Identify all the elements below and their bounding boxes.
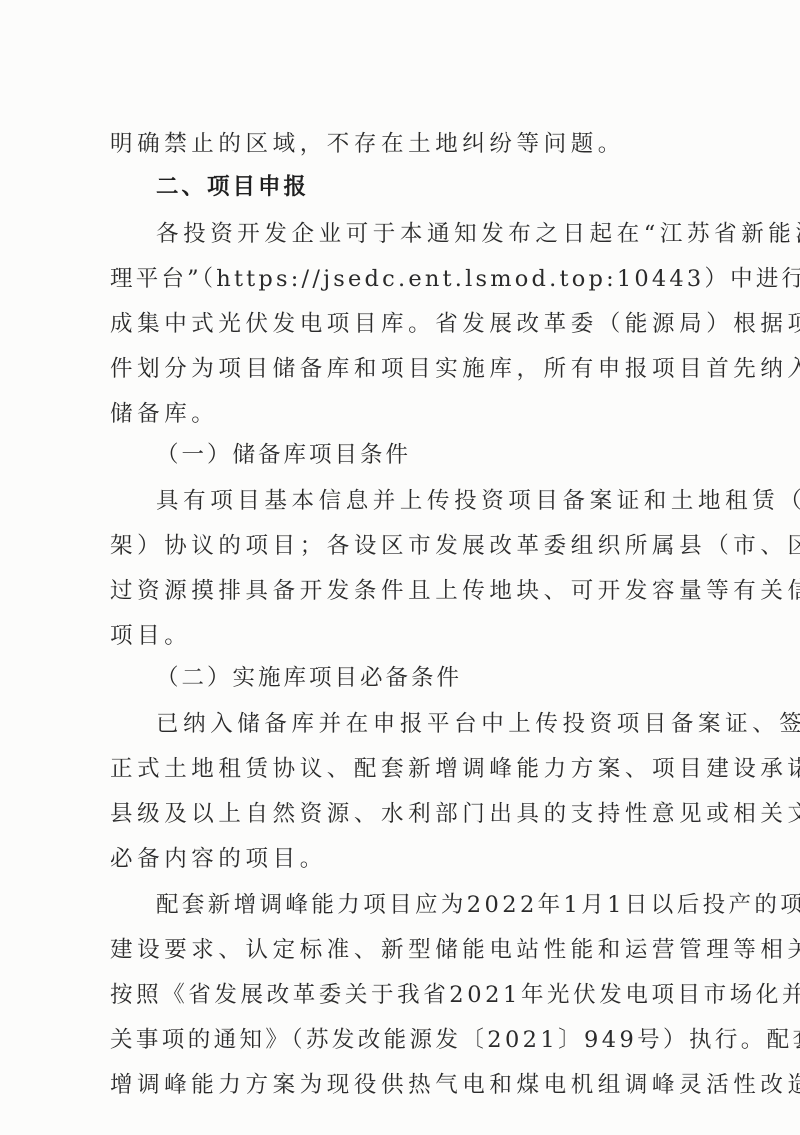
paragraph-line: 过资源摸排具备开发条件且上传地块、可开发容量等有关信息的: [110, 576, 690, 606]
paragraph-line: 必备内容的项目。: [110, 844, 690, 874]
paragraph-line-with-url: 理平台”（https://jsedc.ent.lsmod.top:10443）中…: [110, 264, 690, 294]
paragraph-line: 具有项目基本信息并上传投资项目备案证和土地租赁（框: [156, 486, 736, 516]
paragraph-line: 正式土地租赁协议、配套新增调峰能力方案、项目建设承诺函和: [110, 754, 690, 784]
paragraph-line: 县级及以上自然资源、水利部门出具的支持性意见或相关文件等: [110, 799, 690, 829]
paragraph-line: 架）协议的项目；各设区市发展改革委组织所属县（市、区）通: [110, 531, 690, 561]
paragraph-line: 成集中式光伏发电项目库。省发展改革委（能源局）根据项目条: [110, 309, 690, 339]
section-heading: 二、项目申报: [156, 172, 736, 202]
paragraph-line: 增调峰能力方案为现役供热气电和煤电机组调峰灵活性改造的，: [110, 1070, 690, 1100]
paragraph-line: 储备库。: [110, 399, 690, 429]
paragraph-line: 配套新增调峰能力项目应为2022年1月1日以后投产的项目，: [156, 890, 736, 920]
document-page: 明确禁止的区域，不存在土地纠纷等问题。 二、项目申报 各投资开发企业可于本通知发…: [0, 0, 800, 1135]
paragraph-line: 明确禁止的区域，不存在土地纠纷等问题。: [110, 129, 690, 159]
paragraph-line: 项目。: [110, 621, 690, 651]
paragraph-line: 按照《省发展改革委关于我省2021年光伏发电项目市场化并网有: [110, 980, 690, 1010]
subsection-heading: （一）储备库项目条件: [156, 440, 736, 470]
paragraph-line: 各投资开发企业可于本通知发布之日起在“江苏省新能源管: [156, 219, 736, 249]
paragraph-line: 建设要求、认定标准、新型储能电站性能和运营管理等相关要求: [110, 935, 690, 965]
paragraph-line: 件划分为项目储备库和项目实施库，所有申报项目首先纳入项目: [110, 354, 690, 384]
paragraph-line: 已纳入储备库并在申报平台中上传投资项目备案证、签订的: [156, 709, 736, 739]
subsection-heading: （二）实施库项目必备条件: [156, 663, 736, 693]
paragraph-line: 关事项的通知》（苏发改能源发〔2021〕949号）执行。配套新: [110, 1025, 690, 1055]
